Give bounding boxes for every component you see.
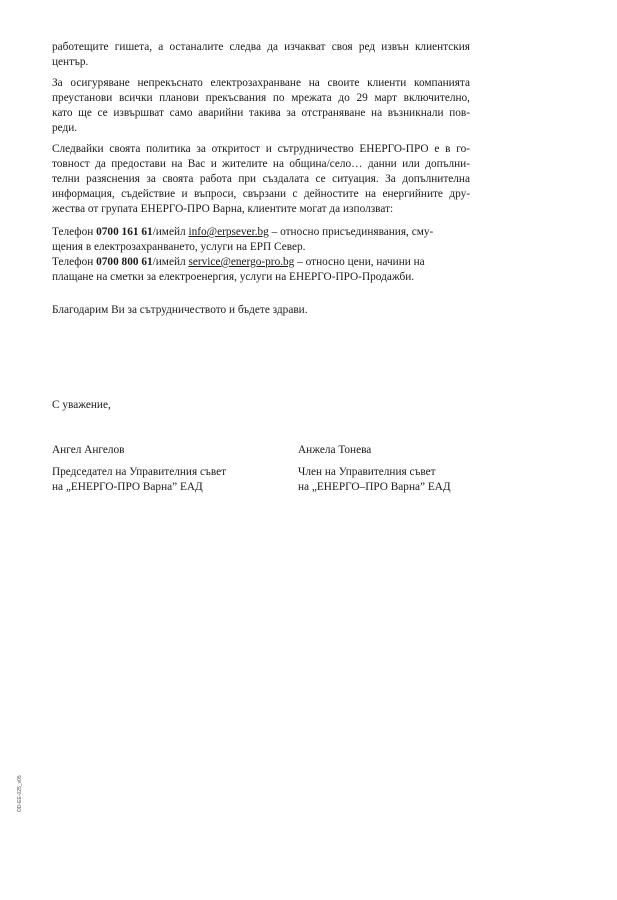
signatory-title: на „ЕНЕРГО-ПРО Варна” ЕАД (52, 480, 226, 495)
text-line: Следвайки своята политика за откритост и… (52, 142, 470, 157)
text-line: център. (52, 55, 470, 70)
signatory-1: Ангел Ангелов Председател на Управителни… (52, 443, 226, 495)
text-line: като ще се извършват само аварийни такив… (52, 106, 470, 121)
signatory-name: Анжела Тонева (298, 443, 451, 458)
contacts-block: Телефон 0700 161 61/имейл info@erpsever.… (52, 225, 470, 285)
contact-erp-sever: Телефон 0700 161 61/имейл info@erpsever.… (52, 225, 470, 240)
paragraph-power-supply: За осигуряване непрекъснато електрозахра… (52, 76, 470, 136)
text-line: реди. (52, 121, 470, 136)
email-link[interactable]: info@erpsever.bg (188, 226, 268, 238)
text-line: плащане на сметки за електроенергия, усл… (52, 270, 470, 285)
contact-energo-pro-sales: Телефон 0700 800 61/имейл service@energo… (52, 255, 470, 270)
signatory-title: Член на Управителния съвет (298, 465, 451, 480)
text-line: товност да предостави на Вас и жителите … (52, 157, 470, 172)
phone-number: 0700 800 61 (96, 256, 152, 268)
signatory-title: Председател на Управителния съвет (52, 465, 226, 480)
signatory-2: Анжела Тонева Член на Управителния съвет… (298, 443, 451, 495)
paragraph-policy: Следвайки своята политика за откритост и… (52, 142, 470, 217)
text-line: информация, съдействие и въпроси, свърза… (52, 187, 470, 202)
text-line: За осигуряване непрекъснато електрозахра… (52, 76, 470, 91)
text-line: жества от групата ЕНЕРГО-ПРО Варна, клие… (52, 202, 470, 217)
email-link[interactable]: service@energo-pro.bg (188, 256, 294, 268)
signatory-name: Ангел Ангелов (52, 443, 226, 458)
closing-line: Благодарим Ви за сътрудничеството и бъде… (52, 303, 470, 318)
phone-number: 0700 161 61 (96, 226, 152, 238)
text-line: щения в електрозахранването, услуги на Е… (52, 240, 470, 255)
document-code: OD-EE-025_v05 (17, 775, 23, 812)
regards: С уважение, (52, 398, 470, 413)
document-page: работещите гишета, а останалите следва д… (0, 0, 617, 900)
paragraph-client-center: работещите гишета, а останалите следва д… (52, 40, 470, 70)
text-line: работещите гишета, а останалите следва д… (52, 40, 470, 55)
signatory-title: на „ЕНЕРГО–ПРО Варна” ЕАД (298, 480, 451, 495)
text-line: преустанови всички планови прекъсвания п… (52, 91, 470, 106)
text-line: телни разяснения за своята работа при съ… (52, 172, 470, 187)
